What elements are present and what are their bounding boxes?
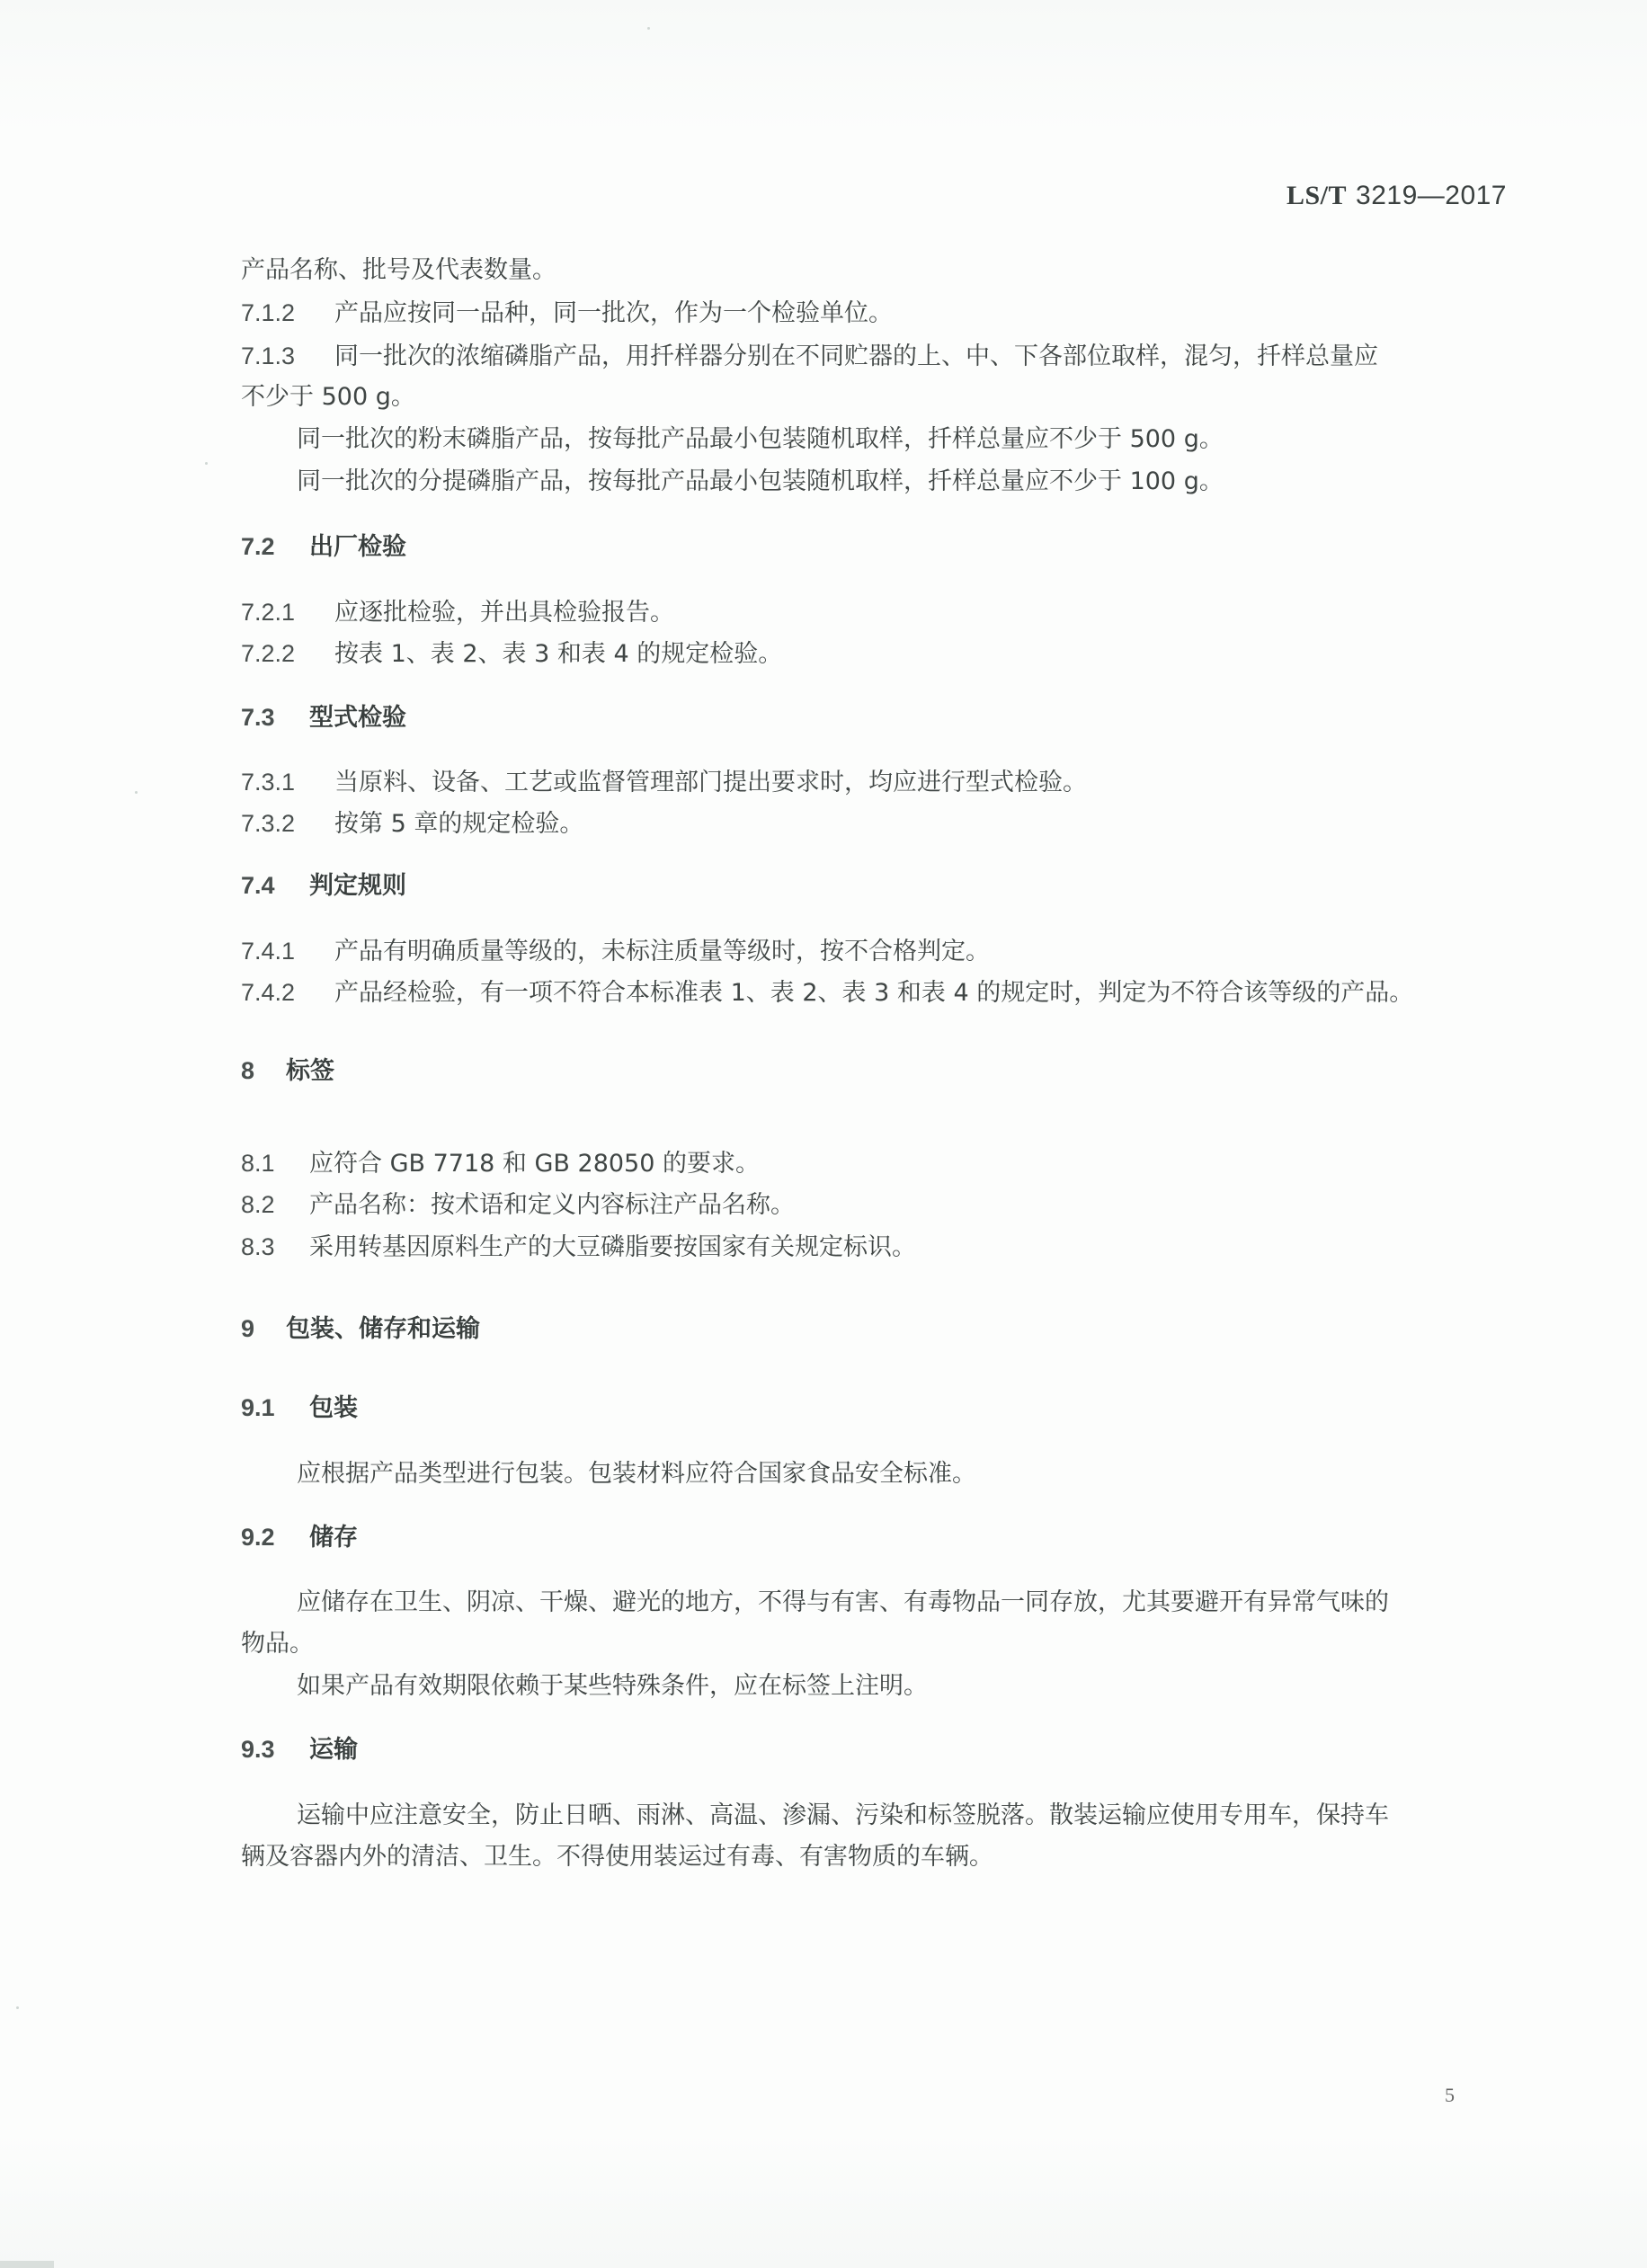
- section-number: 7.3: [241, 701, 309, 734]
- chapter-title: 包装、储存和运输: [286, 1315, 480, 1343]
- clause-8-2: 8.2产品名称：按术语和定义内容标注产品名称。: [241, 1188, 795, 1222]
- clause-text: 应逐批检验，并出具检验报告。: [334, 599, 674, 627]
- paragraph-continuation: 产品名称、批号及代表数量。: [241, 254, 556, 287]
- paragraph-powder-sampling: 同一批次的粉末磷脂产品，按每批产品最小包装随机取样，扦样总量应不少于 500 g…: [297, 423, 1224, 456]
- document-page: LS/T3219—2017 产品名称、批号及代表数量。 7.1.2产品应按同一品…: [0, 0, 1647, 2268]
- section-heading-7-3: 7.3型式检验: [241, 701, 406, 734]
- scan-speck: [16, 2006, 19, 2009]
- clause-number: 7.1.2: [241, 297, 334, 329]
- section-title: 型式检验: [309, 704, 406, 732]
- clause-number: 7.1.3: [241, 340, 334, 372]
- paragraph-text: 产品名称、批号及代表数量。: [241, 256, 556, 284]
- paragraph-shelf-life: 如果产品有效期限依赖于某些特殊条件，应在标签上注明。: [297, 1670, 928, 1703]
- paragraph-text: 同一批次的分提磷脂产品，按每批产品最小包装随机取样，扦样总量应不少于 100 g…: [297, 467, 1224, 495]
- clause-7-1-3: 7.1.3同一批次的浓缩磷脂产品，用扦样器分别在不同贮器的上、中、下各部位取样，…: [241, 340, 1378, 373]
- chapter-heading-8: 8标签: [241, 1054, 334, 1088]
- clause-7-1-2: 7.1.2产品应按同一品种，同一批次，作为一个检验单位。: [241, 297, 893, 330]
- clause-text: 产品名称：按术语和定义内容标注产品名称。: [309, 1191, 795, 1219]
- clause-text: 不少于 500 g。: [241, 383, 415, 411]
- clause-number: 7.4.2: [241, 976, 334, 1009]
- scan-speck: [205, 462, 208, 465]
- clause-8-3: 8.3采用转基因原料生产的大豆磷脂要按国家有关规定标识。: [241, 1231, 916, 1264]
- section-heading-7-4: 7.4判定规则: [241, 869, 406, 903]
- paragraph-text: 运输中应注意安全，防止日晒、雨淋、高温、渗漏、污染和标签脱落。散装运输应使用专用…: [297, 1801, 1389, 1829]
- chapter-number: 8: [241, 1054, 286, 1087]
- section-title: 运输: [309, 1736, 358, 1764]
- clause-7-4-2: 7.4.2产品经检验，有一项不符合本标准表 1、表 2、表 3 和表 4 的规定…: [241, 976, 1413, 1009]
- paragraph-text: 应根据产品类型进行包装。包装材料应符合国家食品安全标准。: [297, 1460, 976, 1488]
- paragraph-storage: 应储存在卫生、阴凉、干燥、避光的地方，不得与有害、有毒物品一同存放，尤其要避开有…: [297, 1587, 1389, 1619]
- paragraph-text: 物品。: [241, 1630, 314, 1658]
- section-heading-7-2: 7.2出厂检验: [241, 530, 406, 564]
- section-heading-9-3: 9.3运输: [241, 1733, 358, 1766]
- section-title: 储存: [309, 1524, 358, 1552]
- section-title: 包装: [309, 1394, 358, 1422]
- paragraph-text: 同一批次的粉末磷脂产品，按每批产品最小包装随机取样，扦样总量应不少于 500 g…: [297, 425, 1224, 453]
- clause-8-1: 8.1应符合 GB 7718 和 GB 28050 的要求。: [241, 1147, 760, 1180]
- clause-text: 产品应按同一品种，同一批次，作为一个检验单位。: [334, 299, 893, 327]
- clause-7-2-1: 7.2.1应逐批检验，并出具检验报告。: [241, 596, 674, 629]
- standard-number: 3219—2017: [1356, 181, 1507, 210]
- scan-speck: [647, 27, 650, 30]
- clause-text: 按第 5 章的规定检验。: [334, 810, 583, 838]
- clause-7-4-1: 7.4.1产品有明确质量等级的，未标注质量等级时，按不合格判定。: [241, 935, 990, 968]
- clause-text: 按表 1、表 2、表 3 和表 4 的规定检验。: [334, 640, 782, 668]
- section-title: 判定规则: [309, 872, 406, 900]
- section-number: 9.1: [241, 1392, 309, 1424]
- section-number: 9.3: [241, 1733, 309, 1765]
- clause-number: 8.3: [241, 1231, 309, 1263]
- clause-number: 7.2.1: [241, 596, 334, 628]
- section-number: 9.2: [241, 1521, 309, 1553]
- paragraph-storage-continuation: 物品。: [241, 1628, 314, 1660]
- clause-number: 7.2.2: [241, 637, 334, 670]
- clause-7-1-3-continuation: 不少于 500 g。: [241, 381, 415, 414]
- paragraph-packaging: 应根据产品类型进行包装。包装材料应符合国家食品安全标准。: [297, 1458, 976, 1490]
- scan-edge-mark: [0, 2261, 54, 2268]
- clause-text: 产品有明确质量等级的，未标注质量等级时，按不合格判定。: [334, 938, 990, 965]
- paragraph-text: 应储存在卫生、阴凉、干燥、避光的地方，不得与有害、有毒物品一同存放，尤其要避开有…: [297, 1588, 1389, 1616]
- paragraph-transport-continuation: 辆及容器内外的清洁、卫生。不得使用装运过有毒、有害物质的车辆。: [241, 1841, 993, 1873]
- standard-code-header: LS/T3219—2017: [1286, 180, 1507, 211]
- standard-prefix: LS/T: [1286, 181, 1347, 210]
- clause-number: 7.4.1: [241, 935, 334, 967]
- chapter-title: 标签: [286, 1057, 334, 1085]
- chapter-heading-9: 9包装、储存和运输: [241, 1312, 480, 1346]
- section-number: 7.4: [241, 869, 309, 902]
- clause-number: 8.2: [241, 1188, 309, 1221]
- clause-text: 同一批次的浓缩磷脂产品，用扦样器分别在不同贮器的上、中、下各部位取样，混匀，扦样…: [334, 342, 1378, 370]
- section-heading-9-1: 9.1包装: [241, 1392, 358, 1425]
- clause-7-3-2: 7.3.2按第 5 章的规定检验。: [241, 807, 583, 840]
- clause-number: 8.1: [241, 1147, 309, 1179]
- section-title: 出厂检验: [309, 533, 406, 561]
- clause-text: 应符合 GB 7718 和 GB 28050 的要求。: [309, 1150, 760, 1178]
- paragraph-text: 辆及容器内外的清洁、卫生。不得使用装运过有毒、有害物质的车辆。: [241, 1843, 993, 1871]
- scan-speck: [135, 791, 138, 794]
- clause-text: 当原料、设备、工艺或监督管理部门提出要求时，均应进行型式检验。: [334, 769, 1087, 796]
- clause-number: 7.3.1: [241, 766, 334, 798]
- clause-7-2-2: 7.2.2按表 1、表 2、表 3 和表 4 的规定检验。: [241, 637, 782, 671]
- chapter-number: 9: [241, 1312, 286, 1345]
- page-number: 5: [1445, 2084, 1455, 2107]
- section-heading-9-2: 9.2储存: [241, 1521, 358, 1554]
- clause-7-3-1: 7.3.1当原料、设备、工艺或监督管理部门提出要求时，均应进行型式检验。: [241, 766, 1087, 799]
- clause-text: 产品经检验，有一项不符合本标准表 1、表 2、表 3 和表 4 的规定时，判定为…: [334, 979, 1413, 1007]
- clause-text: 采用转基因原料生产的大豆磷脂要按国家有关规定标识。: [309, 1233, 916, 1261]
- section-number: 7.2: [241, 530, 309, 563]
- paragraph-text: 如果产品有效期限依赖于某些特殊条件，应在标签上注明。: [297, 1672, 928, 1700]
- clause-number: 7.3.2: [241, 807, 334, 840]
- paragraph-fractionated-sampling: 同一批次的分提磷脂产品，按每批产品最小包装随机取样，扦样总量应不少于 100 g…: [297, 466, 1224, 498]
- paragraph-transport: 运输中应注意安全，防止日晒、雨淋、高温、渗漏、污染和标签脱落。散装运输应使用专用…: [297, 1800, 1389, 1832]
